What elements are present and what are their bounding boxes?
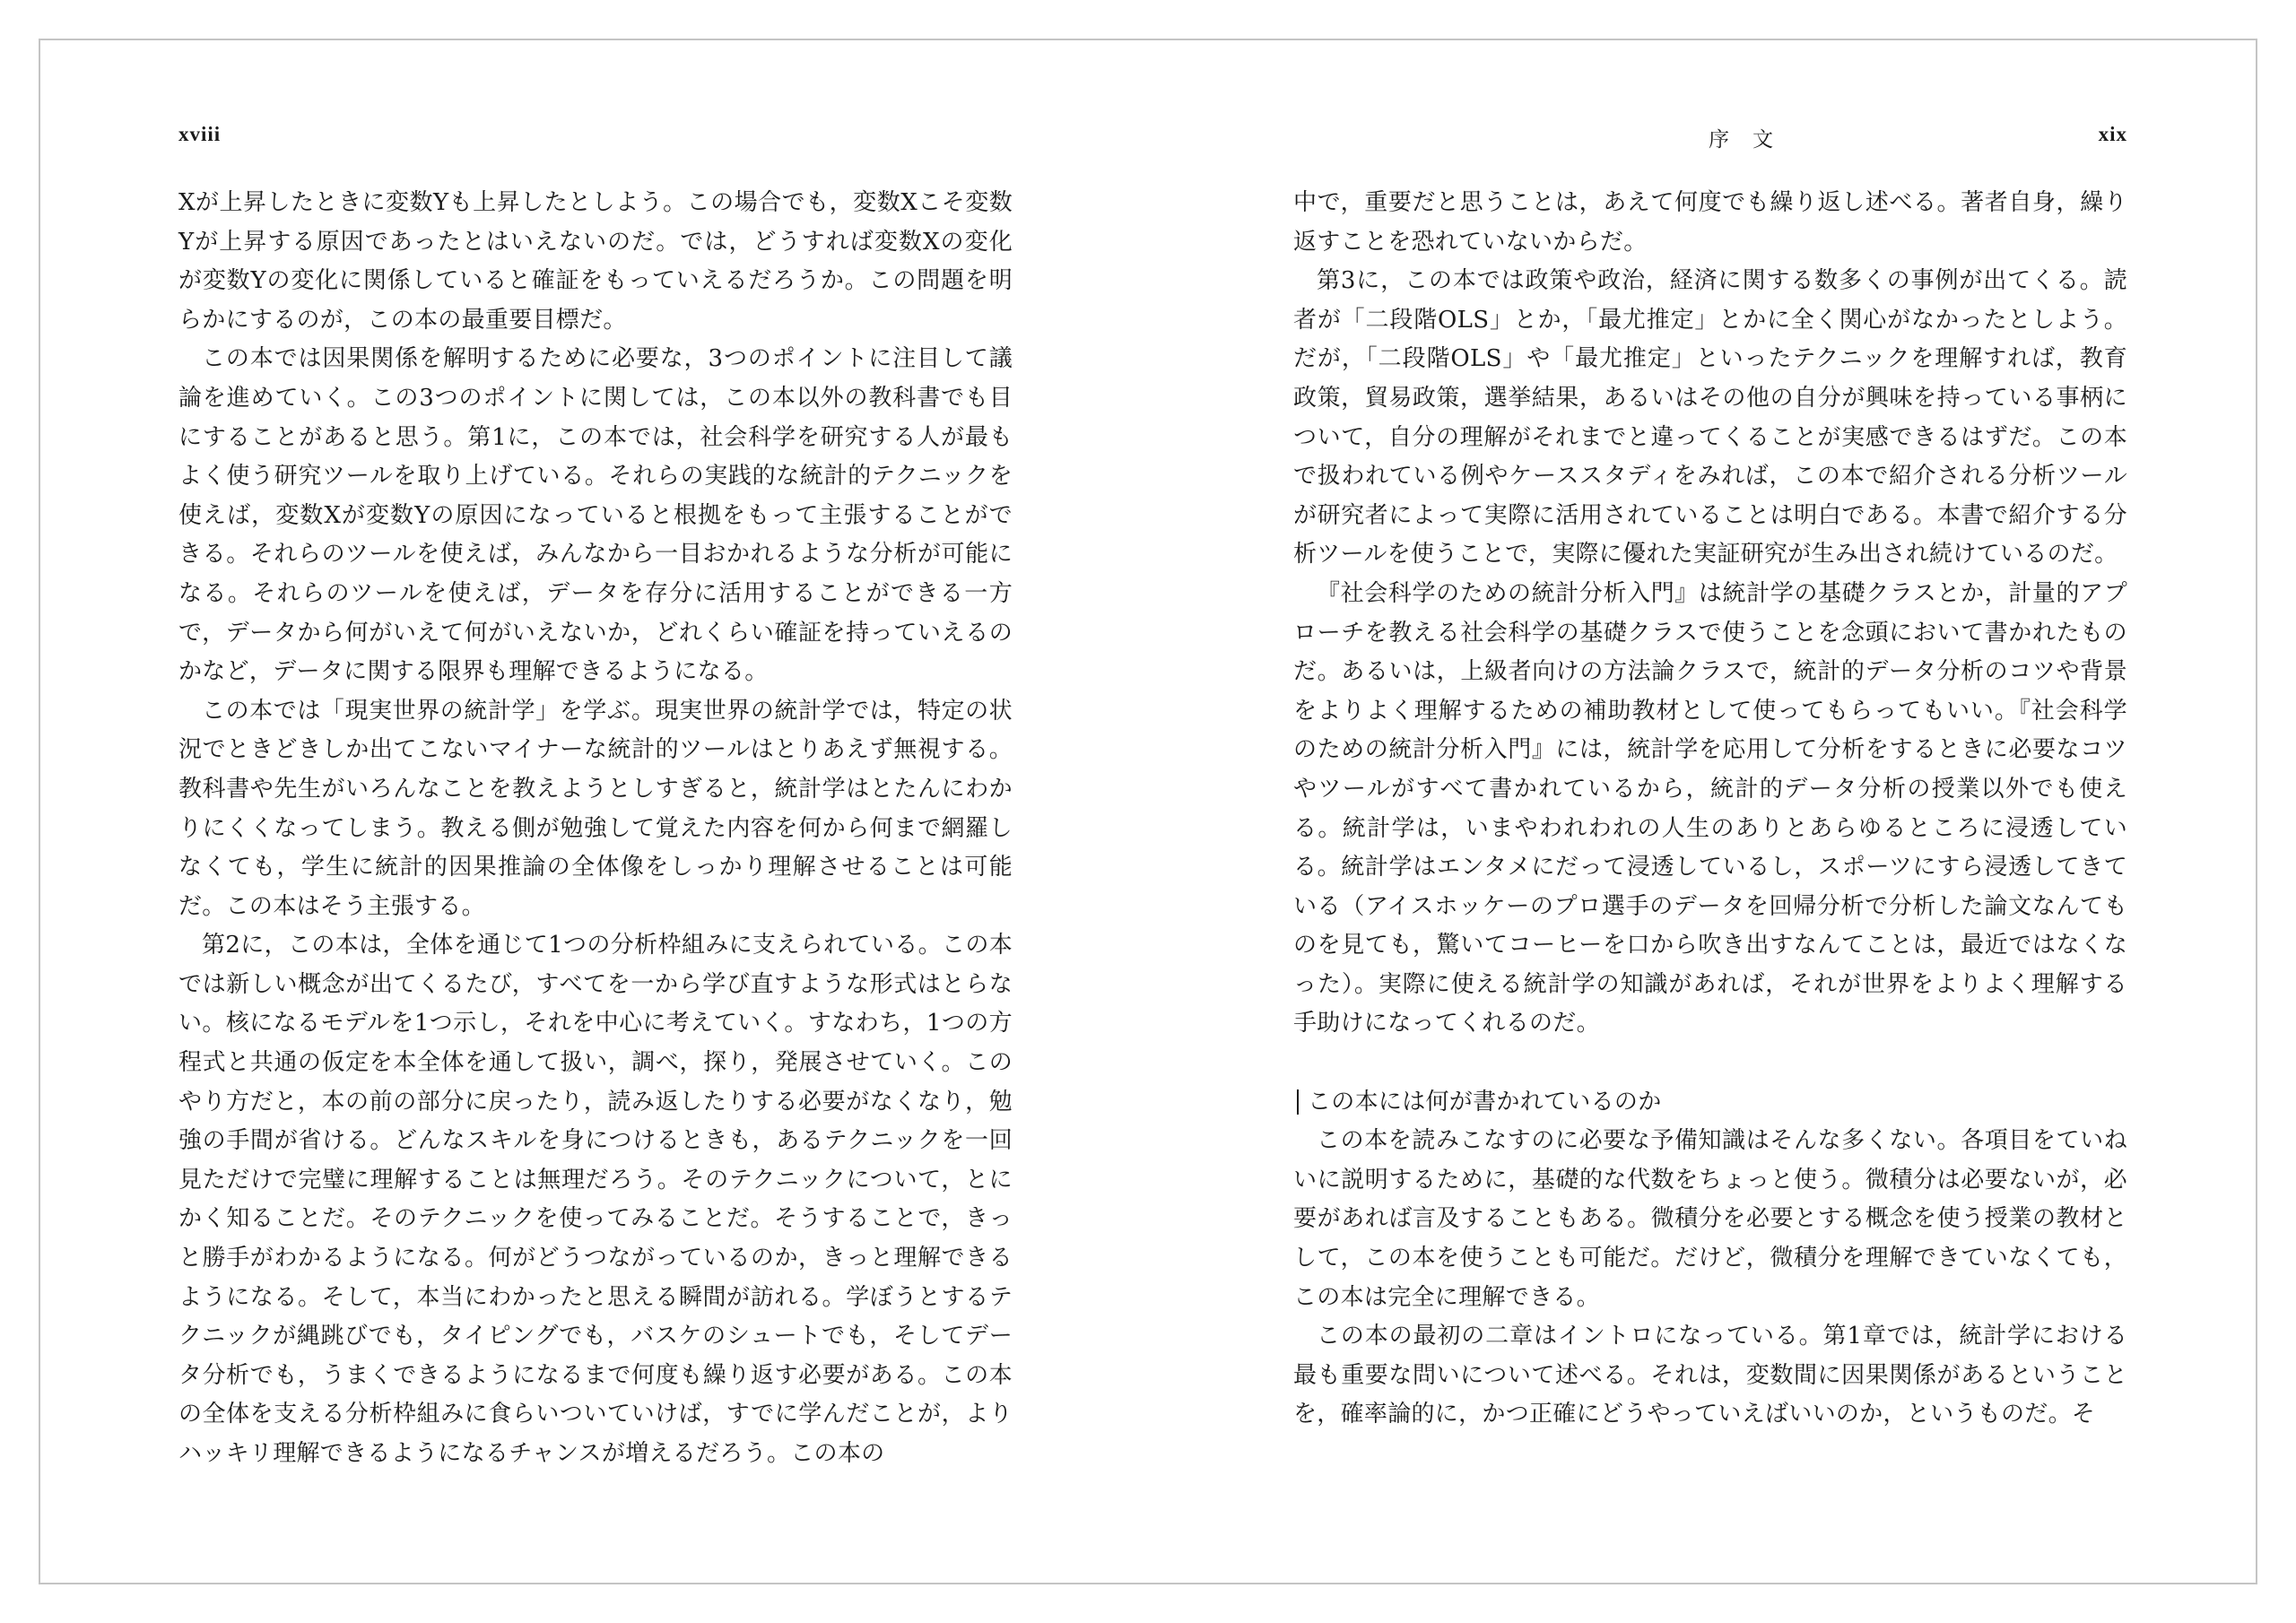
left-running-head: xviii	[178, 123, 1013, 153]
right-page: 序文 xix 中で，重要だと思うことは，あえて何度でも繰り返し述べる。著者自身，…	[1293, 40, 2127, 1583]
paragraph: Xが上昇したときに変数Yも上昇したとしよう。この場合でも，変数Xこそ変数Yが上昇…	[178, 184, 1013, 340]
left-body-text: Xが上昇したときに変数Yも上昇したとしよう。この場合でも，変数Xこそ変数Yが上昇…	[178, 184, 1013, 1474]
page-number-left: xviii	[178, 123, 221, 146]
chapter-title-header: 序文	[1709, 123, 1796, 152]
right-running-head: 序文 xix	[1293, 123, 2127, 153]
paragraph: 第2に，この本は，全体を通じて1つの分析枠組みに支えられている。この本では新しい…	[178, 926, 1013, 1473]
book-spread: xviii Xが上昇したときに変数Yも上昇したとしよう。この場合でも，変数Xこそ…	[39, 39, 2257, 1584]
paragraph: 第3に，この本では政策や政治，経済に関する数多くの事例が出てくる。読者が「二段階…	[1293, 262, 2127, 575]
section-heading-text: この本には何が書かれているのか	[1308, 1083, 1662, 1123]
right-body-text: 中で，重要だと思うことは，あえて何度でも繰り返し述べる。著者自身，繰り返すことを…	[1293, 184, 2127, 1435]
left-page: xviii Xが上昇したときに変数Yも上昇したとしよう。この場合でも，変数Xこそ…	[178, 40, 1013, 1583]
paragraph: この本では因果関係を解明するために必要な，3つのポイントに注目して議論を進めてい…	[178, 340, 1013, 691]
heading-bar-icon	[1297, 1089, 1299, 1115]
paragraph: この本を読みこなすのに必要な予備知識はそんな多くない。各項目をていねいに説明する…	[1293, 1122, 2127, 1317]
paragraph: この本では「現実世界の統計学」を学ぶ。現実世界の統計学では，特定の状況でときどき…	[178, 692, 1013, 927]
page-number-right: xix	[2099, 123, 2127, 146]
paragraph: 中で，重要だと思うことは，あえて何度でも繰り返し述べる。著者自身，繰り返すことを…	[1293, 184, 2127, 262]
section-heading: この本には何が書かれているのか	[1293, 1083, 2127, 1123]
paragraph: この本の最初の二章はイントロになっている。第1章では，統計学における最も重要な問…	[1293, 1317, 2127, 1435]
paragraph: 『社会科学のための統計分析入門』は統計学の基礎クラスとか，計量的アプローチを教え…	[1293, 575, 2127, 1044]
